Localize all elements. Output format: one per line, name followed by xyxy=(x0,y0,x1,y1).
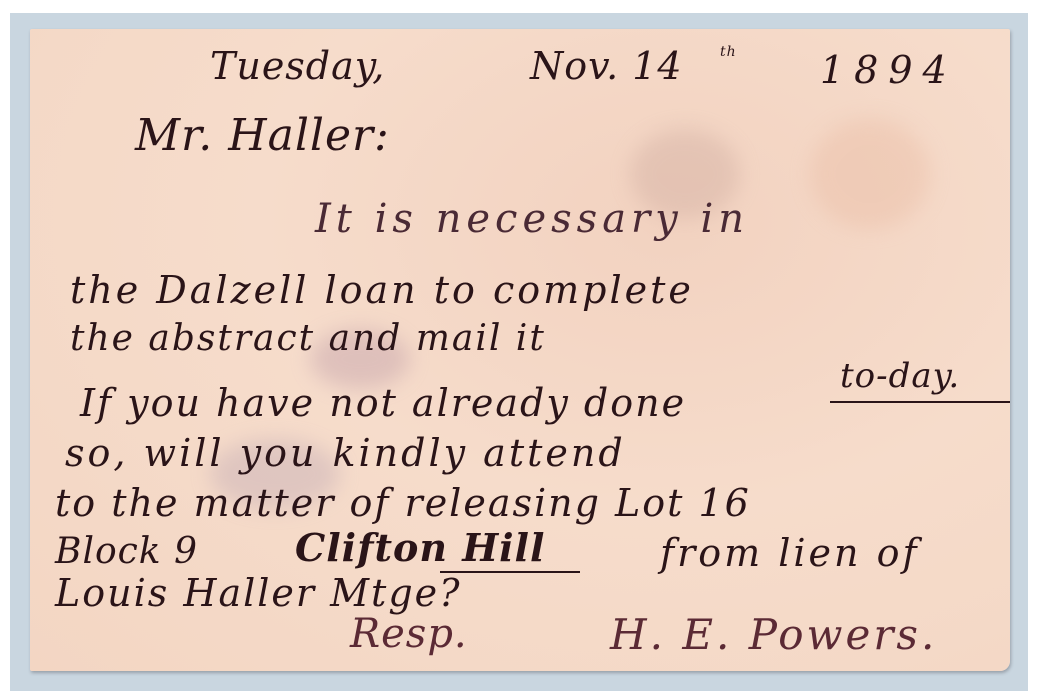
body-line-2: the Dalzell loan to complete xyxy=(70,271,694,309)
body-line-7-block: Block 9 xyxy=(55,534,198,570)
body-line-5: so, will you kindly attend xyxy=(65,434,626,472)
signature: H. E. Powers. xyxy=(610,614,937,656)
body-line-6: to the matter of releasing Lot 16 xyxy=(55,484,751,522)
date-month-day: Nov. 14 xyxy=(530,47,683,85)
body-line-7-tail: from lien of xyxy=(660,534,920,572)
salutation: Mr. Haller: xyxy=(135,114,390,158)
body-line-4: If you have not already done xyxy=(80,384,686,422)
ink-smudge xyxy=(810,119,930,229)
date-ordinal: th xyxy=(720,45,737,59)
body-line-7-place: Clifton Hill xyxy=(295,529,545,567)
emphasis-underline xyxy=(830,401,1010,403)
body-line-3-emphasis: to-day. xyxy=(840,359,960,393)
body-line-8: Louis Haller Mtge? xyxy=(55,574,462,612)
body-line-1: It is necessary in xyxy=(315,199,749,239)
date-year: 1894 xyxy=(820,51,957,89)
body-line-3: the abstract and mail it xyxy=(70,321,546,357)
postcard: Tuesday, Nov. 14 th 1894 Mr. Haller: It … xyxy=(30,29,1010,671)
closing: Resp. xyxy=(350,614,468,654)
date-weekday: Tuesday, xyxy=(210,47,385,85)
